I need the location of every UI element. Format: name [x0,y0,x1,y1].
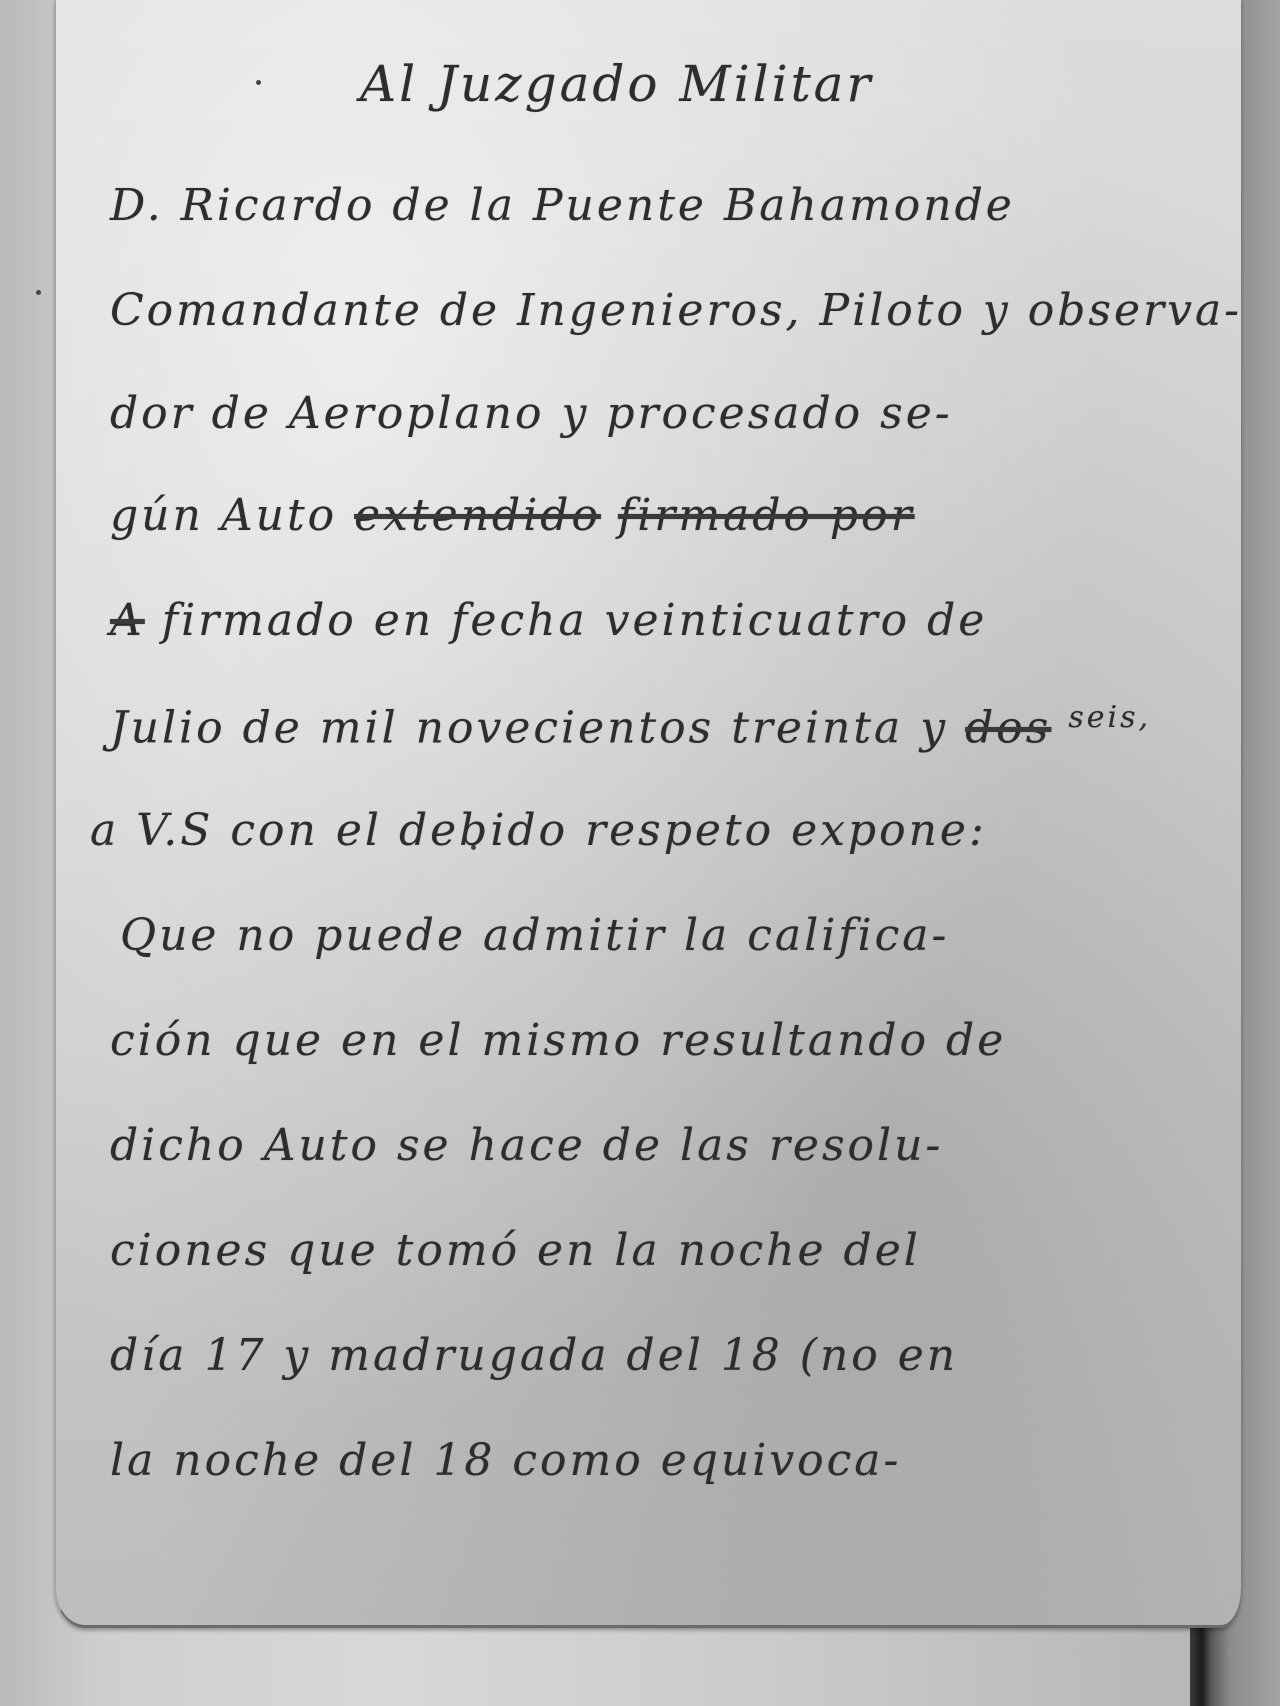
ink-speck [36,290,41,295]
text-line: Comandante de Ingenieros, Piloto y obser… [110,285,1242,336]
struck-word: firmado por [618,490,915,541]
text-line: dor de Aeroplano y procesado se- [110,388,953,439]
text-line: Que no puede admitir la califica- [120,910,949,961]
line-text: Julio de mil novecientos treinta y [110,703,948,754]
letter-heading: Al Juzgado Militar [360,55,873,113]
line-text: firmado en fecha veinticuatro de [162,595,988,646]
text-line: a V.S con el debido respeto expone: [90,805,987,856]
struck-word: extendido [354,490,601,541]
struck-word: dos [965,703,1051,754]
struck-word: A [110,595,145,646]
text-line: dicho Auto se hace de las resolu- [110,1120,943,1171]
text-line: gún Auto extendido firmado por [110,490,915,541]
text-line: A firmado en fecha veinticuatro de [110,595,987,646]
text-line: ción que en el mismo resultando de [110,1015,1006,1066]
line-text: gún Auto [110,490,337,541]
ink-speck [256,80,261,85]
text-line: día 17 y madrugada del 18 (no en [110,1330,958,1381]
text-line: D. Ricardo de la Puente Bahamonde [110,180,1015,231]
text-line: la noche del 18 como equivoca- [110,1435,901,1486]
text-line: ciones que tomó en la noche del [110,1225,921,1276]
interlined-correction: seis, [1068,700,1151,735]
text-line: Julio de mil novecientos treinta y dos s… [110,700,1151,754]
